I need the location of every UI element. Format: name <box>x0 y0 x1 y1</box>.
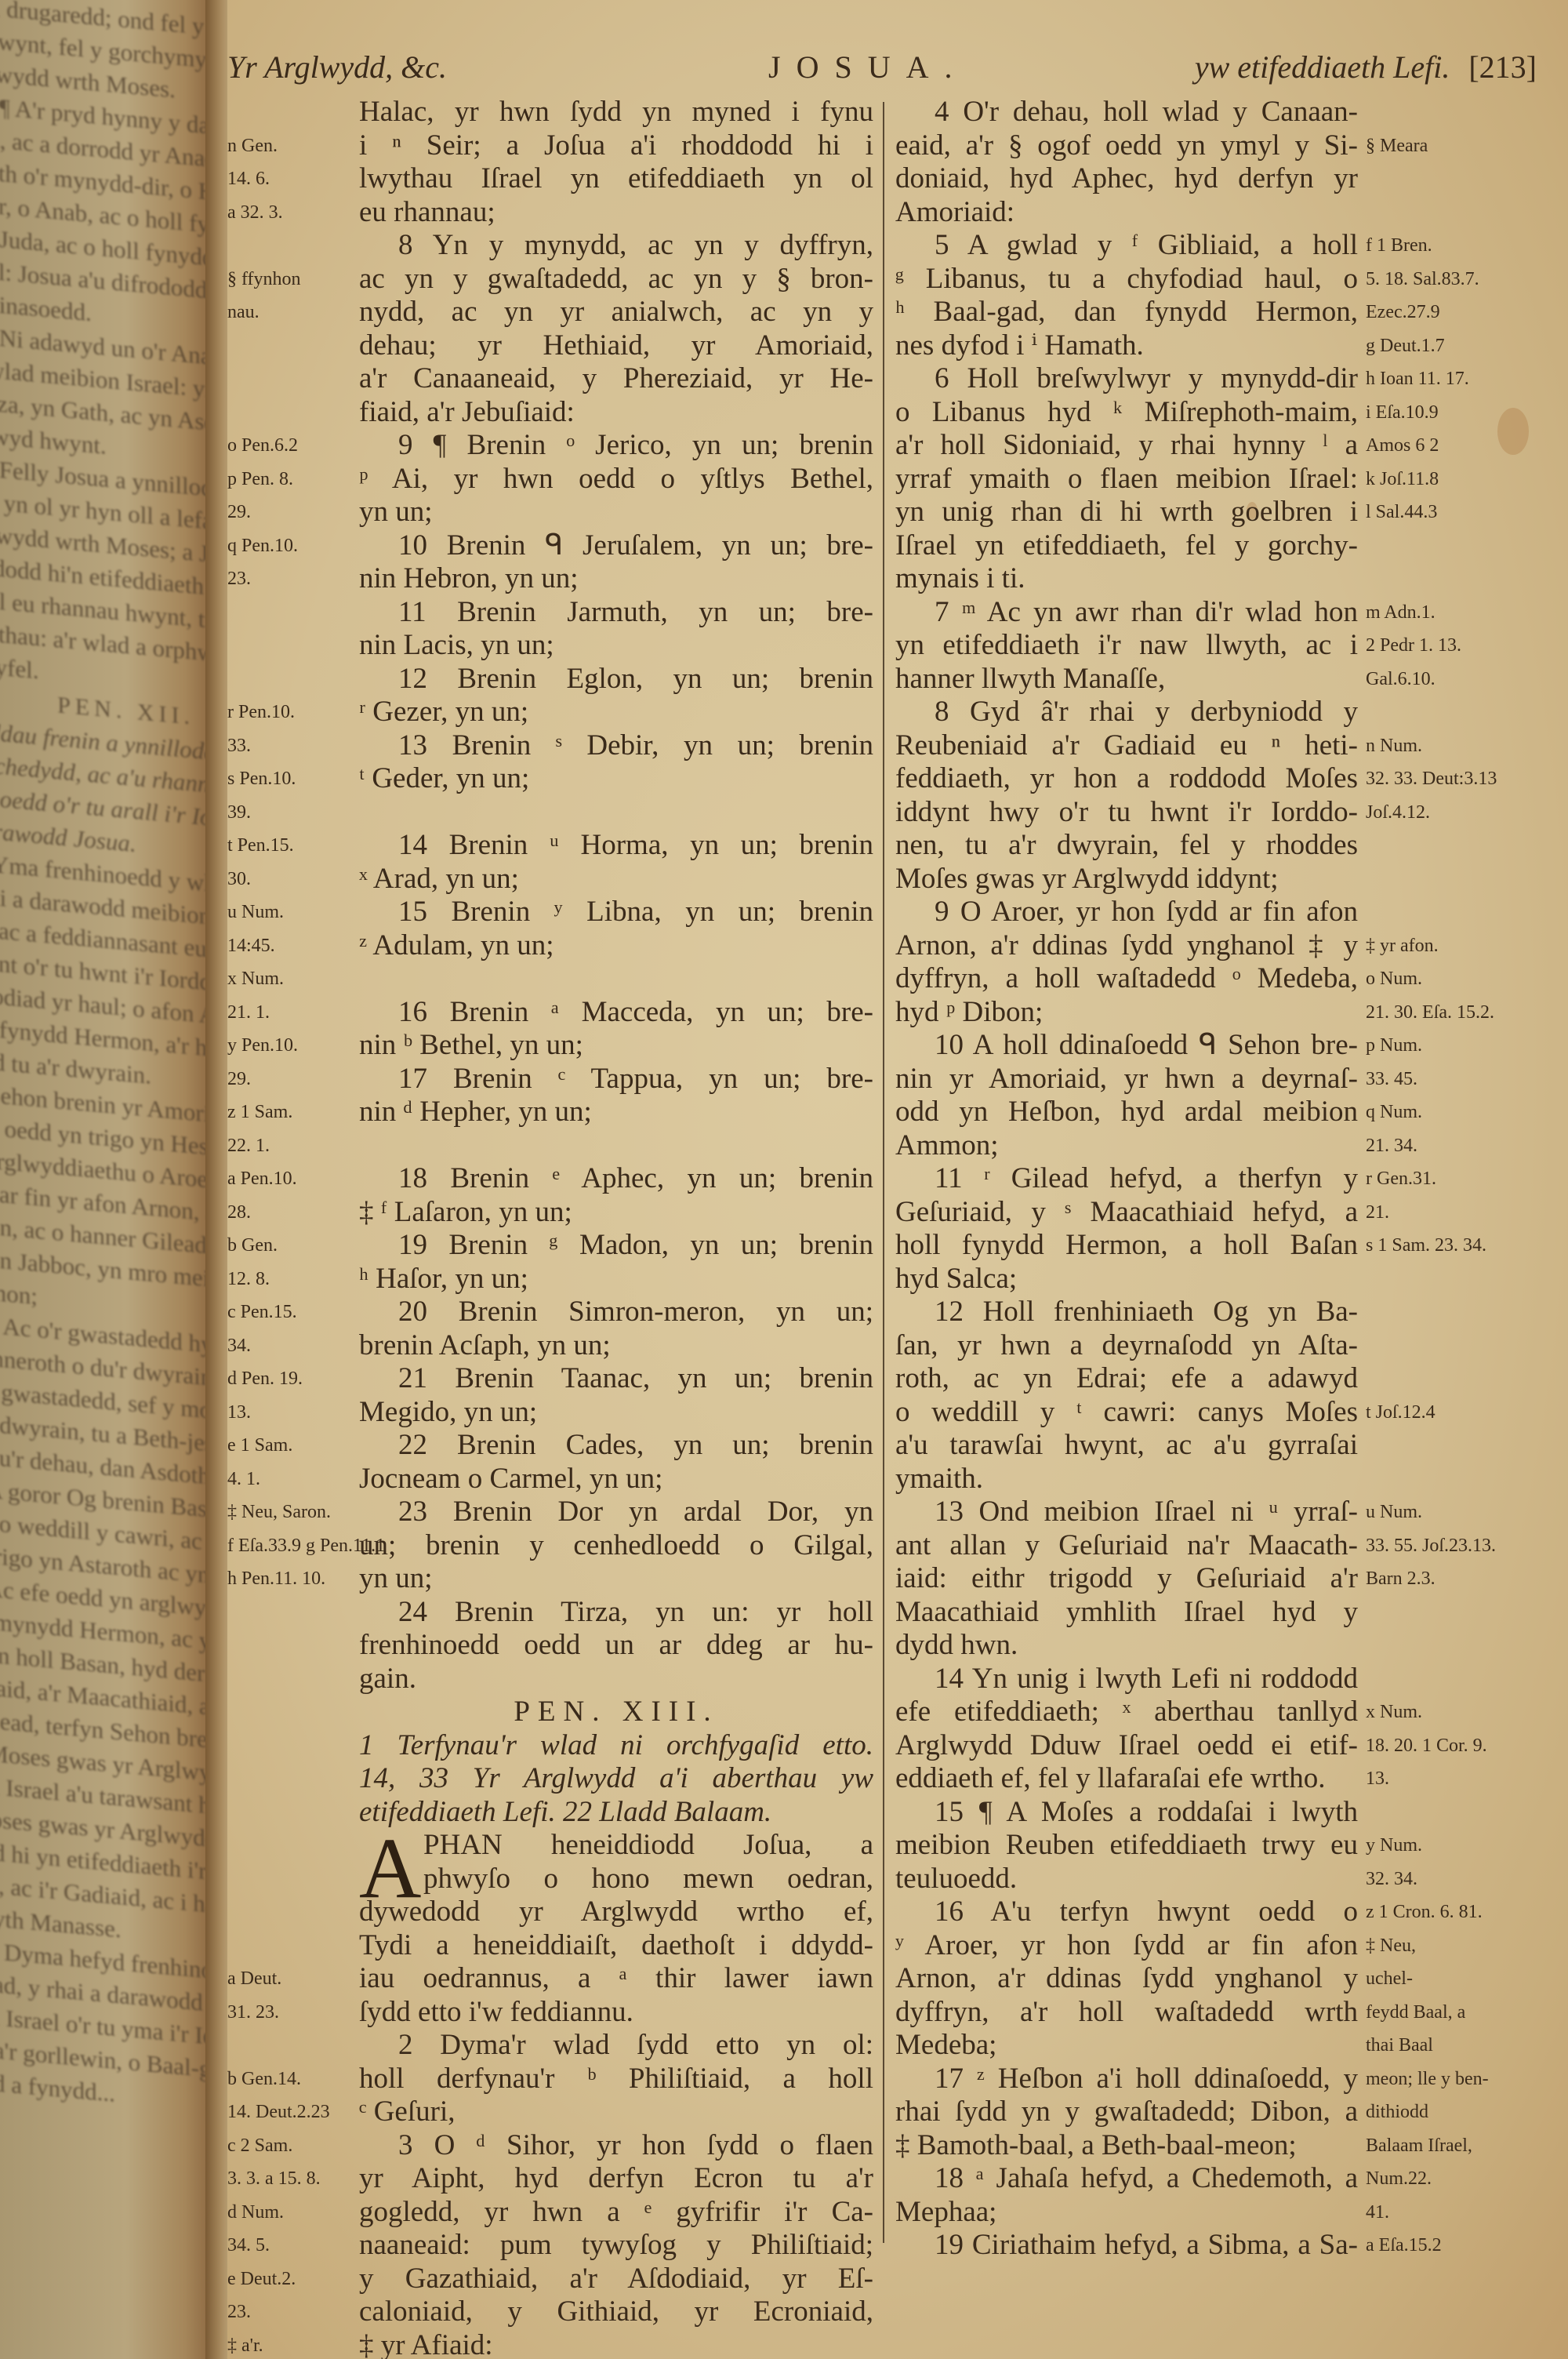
margin-reference: p Pen. 8. <box>227 463 353 496</box>
verse-text: 23 Brenin Dor yn ardal Dor, yn <box>359 1496 873 1529</box>
text-line: doniaid, hyd Aphec, hyd derfyn yr <box>895 162 1538 196</box>
margin-reference: Balaam Iſrael, <box>1366 2129 1523 2163</box>
verse-text: yr Aipht, hyd derfyn Ecron tu a'r <box>359 2162 873 2196</box>
margin-reference: d Num. <box>227 2196 353 2230</box>
text-line: t Joſ.12.4o weddill y ᵗ cawri: canys Moſ… <box>895 1396 1538 1430</box>
text-line: f 1 Bren.5 A gwlad y ᶠ Gibliaid, a holl <box>895 229 1538 263</box>
verse-text: eddiaeth ef, fel y llafaraſai efe wrtho. <box>895 1762 1358 1796</box>
verse-text: yn unig rhan di hi wrth goelbren i <box>895 496 1358 529</box>
margin-reference: q Num. <box>1366 1096 1523 1129</box>
margin-reference: 3. 3. a 15. 8. <box>227 2162 353 2196</box>
verse-text: hyd ᵖ Dibon; <box>895 996 1358 1030</box>
margin-reference: e 1 Sam. <box>227 1429 353 1463</box>
verse-text: yn un; <box>359 496 873 529</box>
text-line: 4. 1.Jocneam o Carmel, yn un; <box>227 1463 870 1496</box>
margin-reference: 14. Deut.2.23 <box>227 2095 353 2129</box>
left-column: Halac, yr hwn ſydd yn myned i fynun Gen.… <box>227 96 870 2359</box>
margin-reference: n Gen. <box>227 129 353 163</box>
verse-text: 16 A'u terfyn hwynt oedd o <box>895 1896 1358 1929</box>
text-line: e Deut.2.y Gazathiaid, a'r Aſdodiaid, yr… <box>227 2263 870 2296</box>
verse-text: Amoriaid: <box>895 196 1358 230</box>
verse-text: 18 ᵃ Jahaſa hefyd, a Chedemoth, a <box>895 2162 1358 2196</box>
verse-text: nin Hebron, yn un; <box>359 562 873 596</box>
text-line: m Adn.1.7 ᵐ Ac yn awr rhan di'r wlad hon <box>895 596 1538 630</box>
margin-reference: Num.22. <box>1366 2162 1523 2196</box>
verse-text: nydd, ac yn yr anialwch, ac yn y <box>359 296 873 329</box>
margin-reference: 33. 55. Joſ.23.13. <box>1366 1529 1523 1563</box>
verse-text: ᵗ Geder, yn un; <box>359 762 873 796</box>
text-line: ‡ Neu,ʸ Aroer, yr hon ſydd ar fin afon <box>895 1929 1538 1963</box>
text-line: dithioddrhai ſydd yn y gwaſtadedd; Dibon… <box>895 2095 1538 2129</box>
text-line: u Num.13 Ond meibion Iſrael ni ᵘ yrraſ- <box>895 1496 1538 1529</box>
column-divider <box>883 102 884 2243</box>
verse-text: 18 Brenin ᵉ Aphec, yn un; brenin <box>359 1162 873 1196</box>
margin-reference: ‡ Neu, <box>1366 1929 1523 1963</box>
text-line: 21. 30. Eſa. 15.2.hyd ᵖ Dibon; <box>895 996 1538 1030</box>
margin-reference: t Joſ.12.4 <box>1366 1396 1523 1430</box>
verse-text: 17 ᶻ Heſbon a'i holl ddinaſoedd, y <box>895 2063 1358 2096</box>
verse-1-block: APHAN heneiddiodd Joſua, aphwyſo o hono … <box>227 1829 870 2029</box>
text-line: ſan, yr hwn a deyrnaſodd yn Aſta- <box>895 1329 1538 1363</box>
margin-reference: nau. <box>227 296 353 329</box>
verse-text: y Gazathiaid, a'r Aſdodiaid, yr Eſ- <box>359 2263 873 2296</box>
margin-reference: l Sal.44.3 <box>1366 496 1523 529</box>
text-line: 14. 6.lwythau Iſrael yn etifeddiaeth yn … <box>227 162 870 196</box>
text-line: 12 Holl frenhiniaeth Og yn Ba- <box>895 1296 1538 1329</box>
margin-reference: r Pen.10. <box>227 696 353 729</box>
text-line: ymaith. <box>895 1463 1538 1496</box>
margin-reference: e Deut.2. <box>227 2263 353 2296</box>
verse-text: 3 O ᵈ Sihor, yr hon ſydd o flaen <box>359 2129 873 2163</box>
margin-reference: y Pen.10. <box>227 1029 353 1063</box>
verse-text: 13 Brenin ˢ Debir, yn un; brenin <box>359 729 873 763</box>
verse-text: PHAN heneiddiodd Joſua, a <box>423 1829 873 1863</box>
text-line: p Pen. 8.ᵖ Ai, yr hwn oedd o yſtlys Beth… <box>227 463 870 496</box>
text-line: x Num. <box>227 962 870 996</box>
margin-reference: a 32. 3. <box>227 196 353 230</box>
text-line: nen, tu a'r dwyrain, fel y rhoddes <box>895 829 1538 863</box>
verse-text: 24 Brenin Tirza, yn un: yr holl <box>359 1596 873 1630</box>
margin-reference: o Pen.6.2 <box>227 429 353 463</box>
text-line: 21. 34.Ammon; <box>895 1129 1538 1163</box>
verse-text: o weddill y ᵗ cawri: canys Moſes <box>895 1396 1358 1430</box>
verse-text: gain. <box>359 1663 873 1696</box>
margin-reference: thai Baal <box>1366 2029 1523 2063</box>
verse-text: rhai ſydd yn y gwaſtadedd; Dibon, a <box>895 2095 1358 2129</box>
text-line: 14. Deut.2.23ᶜ Geſuri, <box>227 2095 870 2129</box>
text-line: t Pen.15.14 Brenin ᵘ Horma, yn un; breni… <box>227 829 870 863</box>
margin-reference: Joſ.4.12. <box>1366 796 1523 830</box>
margin-reference: 23. <box>227 562 353 596</box>
margin-reference: b Gen.14. <box>227 2063 353 2096</box>
verse-text: meibion Reuben etifeddiaeth trwy eu <box>895 1829 1358 1863</box>
text-line: uchel-Arnon, a'r ddinas ſydd ynghanol y <box>895 1962 1538 1996</box>
margin-reference: h Ioan 11. 17. <box>1366 362 1523 396</box>
text-line: c Pen.15.20 Brenin Simron-meron, yn un; <box>227 1296 870 1329</box>
verse-text: ſydd etto i'w feddiannu. <box>359 1996 873 2030</box>
verse-text: ᵍ Libanus, tu a chyfodiad haul, o <box>895 263 1358 296</box>
text-line: 29.17 Brenin ᶜ Tappua, yn un; bre- <box>227 1063 870 1096</box>
margin-reference: i Eſa.10.9 <box>1366 396 1523 430</box>
margin-reference: a Pen.10. <box>227 1162 353 1196</box>
margin-reference: c Pen.15. <box>227 1296 353 1329</box>
text-line: Joſ.4.12.iddynt hwy o'r tu hwnt i'r Iord… <box>895 796 1538 830</box>
margin-reference: 22. 1. <box>227 1129 353 1163</box>
verse-text: gogledd, yr hwn a ᵉ gyfrifir i'r Ca- <box>359 2196 873 2230</box>
text-line: u Num.15 Brenin ʸ Libna, yn un; brenin <box>227 896 870 929</box>
margin-reference: 2 Pedr 1. 13. <box>1366 629 1523 663</box>
margin-reference: y Num. <box>1366 1829 1523 1863</box>
text-line: y Pen.10.nin ᵇ Bethel, yn un; <box>227 1029 870 1063</box>
text-line: 18. 20. 1 Cor. 9.Arglwydd Dduw Iſrael oe… <box>895 1729 1538 1763</box>
text-line: g Deut.1.7nes dyfod i ⁱ Hamath. <box>895 329 1538 363</box>
verse-text: 9 ¶ Brenin ᵒ Jerico, yn un; brenin <box>359 429 873 463</box>
verse-text: ˣ Arad, yn un; <box>359 863 873 896</box>
text-line: Gal.6.10.hanner llwyth Manaſſe, <box>895 663 1538 696</box>
margin-reference: Gal.6.10. <box>1366 663 1523 696</box>
verse-text: eaid, a'r § ogof oedd yn ymyl y Si- <box>895 129 1358 163</box>
verse-text: 19 Brenin ᵍ Madon, yn un; brenin <box>359 1229 873 1263</box>
verse-text: Arnon, a'r ddinas ſydd ynghanol y <box>895 1962 1358 1996</box>
verse-text: 2 Dyma'r wlad ſydd etto yn ol: <box>359 2029 873 2063</box>
verse-text: yn etifeddiaeth i'r naw llwyth, ac i <box>895 629 1358 663</box>
text-line: d Pen. 19.21 Brenin Taanac, yn un; breni… <box>227 1362 870 1396</box>
margin-reference: s Pen.10. <box>227 762 353 796</box>
text-line: f Eſa.33.9 g Pen.11.1un; brenin y cenhed… <box>227 1529 870 1563</box>
text-line: 13.eddiaeth ef, fel y llafaraſai efe wrt… <box>895 1762 1538 1796</box>
chapter-heading-line: PEN. XIII. <box>227 1696 870 1729</box>
text-line: meon; lle y ben-17 ᶻ Heſbon a'i holl ddi… <box>895 2063 1538 2096</box>
verse-text: 15 Brenin ʸ Libna, yn un; brenin <box>359 896 873 929</box>
verse-text: Geſuriaid, y ˢ Maacathiaid hefyd, a <box>895 1196 1358 1230</box>
margin-reference: 32. 34. <box>1366 1863 1523 1896</box>
text-line: k Joſ.11.8yrraf ymaith o flaen meibion I… <box>895 463 1538 496</box>
verse-text: un; brenin y cenhedloedd o Gilgal, <box>359 1529 873 1563</box>
verse-text: holl fynydd Hermon, a holl Baſan <box>895 1229 1358 1263</box>
text-line: 21.Geſuriaid, y ˢ Maacathiaid hefyd, a <box>895 1196 1538 1230</box>
text-line: s Pen.10.ᵗ Geder, yn un; <box>227 762 870 796</box>
margin-reference: 21. 30. Eſa. 15.2. <box>1366 996 1523 1030</box>
chapter-summary-line: 14, 33 Yr Arglwydd a'i aberthau yw <box>227 1762 870 1796</box>
verse-text: Arglwydd Dduw Iſrael oedd ei etif- <box>895 1729 1358 1763</box>
text-line: dydd hwn. <box>895 1629 1538 1663</box>
text-line: 34.brenin Acſaph, yn un; <box>227 1329 870 1363</box>
margin-reference: r Gen.31. <box>1366 1162 1523 1196</box>
text-line: 4 O'r dehau, holl wlad y Canaan- <box>895 96 1538 129</box>
margin-reference: Amos 6 2 <box>1366 429 1523 463</box>
text-line: Iſrael yn etifeddiaeth, fel y gorchy- <box>895 529 1538 563</box>
verse-text: iddynt hwy o'r tu hwnt i'r Iorddo- <box>895 796 1358 830</box>
text-line: dehau; yr Hethiaid, yr Amoriaid, <box>227 329 870 363</box>
margin-reference: 4. 1. <box>227 1463 353 1496</box>
margin-reference: t Pen.15. <box>227 829 353 863</box>
text-line: 2 Dyma'r wlad ſydd etto yn ol: <box>227 2029 870 2063</box>
verse-text: phwyſo o hono mewn oedran, <box>423 1863 873 1896</box>
text-line: roth, ac yn Edrai; efe a adawyd <box>895 1362 1538 1396</box>
verse-text: dywedodd yr Arglwydd wrtho ef, <box>359 1896 873 1929</box>
text-line: i Eſa.10.9o Libanus hyd ᵏ Miſrephoth-mai… <box>895 396 1538 430</box>
verse-text: lwythau Iſrael yn etifeddiaeth yn ol <box>359 162 873 196</box>
verse-text: frenhinoedd oedd un ar ddeg ar hu- <box>359 1629 873 1663</box>
margin-reference: 34. <box>227 1329 353 1363</box>
verse-text: 11 Brenin Jarmuth, yn un; bre- <box>359 596 873 630</box>
margin-reference: 13. <box>227 1396 353 1430</box>
text-line: 23.caloniaid, y Githiaid, yr Ecroniaid, <box>227 2295 870 2329</box>
verse-text: o Libanus hyd ᵏ Miſrephoth-maim, <box>895 396 1358 430</box>
running-header: Yr Arglwydd, &c. JOSUA. yw etifeddiaeth … <box>227 49 1521 96</box>
text-line: h Ioan 11. 17.6 Holl breſwylwyr y mynydd… <box>895 362 1538 396</box>
chapter-summary: 1 Terfynau'r wlad ni orchfygaſid etto. <box>359 1729 873 1763</box>
text-line: Ezec.27.9ʰ Baal-gad, dan fynydd Hermon, <box>895 296 1538 329</box>
text-line: 41.Mephaa; <box>895 2196 1538 2230</box>
margin-reference: 31. 23. <box>227 1996 353 2030</box>
text-line: y Num.meibion Reuben etifeddiaeth trwy e… <box>895 1829 1538 1863</box>
text-line: n Gen.i ⁿ Seir; a Joſua a'i rhoddodd hi … <box>227 129 870 163</box>
margin-reference: g Deut.1.7 <box>1366 329 1523 363</box>
margin-reference: n Num. <box>1366 729 1523 763</box>
verse-text: 11 ʳ Gilead hefyd, a therfyn y <box>895 1162 1358 1196</box>
text-line: 39. <box>227 796 870 830</box>
margin-reference: x Num. <box>227 962 353 996</box>
margin-reference: feydd Baal, a <box>1366 1996 1523 2030</box>
margin-reference: § ffynhon <box>227 263 353 296</box>
text-line: hyd Salca; <box>895 1263 1538 1296</box>
margin-reference: q Pen.10. <box>227 529 353 563</box>
text-line: 33.13 Brenin ˢ Debir, yn un; brenin <box>227 729 870 763</box>
verse-text: 8 Gyd â'r rhai y derbyniodd y <box>895 696 1358 729</box>
text-line: thai BaalMedeba; <box>895 2029 1538 2063</box>
text-line: c 2 Sam.3 O ᵈ Sihor, yr hon ſydd o flaen <box>227 2129 870 2163</box>
verse-text: Medeba; <box>895 2029 1358 2063</box>
verse-text: Ammon; <box>895 1129 1358 1163</box>
text-line: Amos 6 2a'r holl Sidoniaid, y rhai hynny… <box>895 429 1538 463</box>
text-line: o Pen.6.29 ¶ Brenin ᵒ Jerico, yn un; bre… <box>227 429 870 463</box>
text-line: 13.Megido, yn un; <box>227 1396 870 1430</box>
verse-text: teuluoedd. <box>895 1863 1358 1896</box>
verse-text: 4 O'r dehau, holl wlad y Canaan- <box>895 96 1358 129</box>
verse-text: yn un; <box>359 1562 873 1596</box>
text-line: s 1 Sam. 23. 34.holl fynydd Hermon, a ho… <box>895 1229 1538 1263</box>
verse-text: ᶻ Adulam, yn un; <box>359 929 873 963</box>
text-line: a Eſa.15.219 Ciriathaim hefyd, a Sibma, … <box>895 2229 1538 2263</box>
margin-reference: z 1 Cron. 6. 81. <box>1366 1896 1523 1929</box>
verse-text: Megido, yn un; <box>359 1396 873 1430</box>
verse-text: 10 Brenin ᑫ Jeruſalem, yn un; bre- <box>359 529 873 563</box>
text-line: 15 ¶ A Moſes a roddaſai i lwyth <box>895 1796 1538 1830</box>
verse-text: ʰ Haſor, yn un; <box>359 1263 873 1296</box>
margin-reference: p Num. <box>1366 1029 1523 1063</box>
verse-text: ʰ Baal-gad, dan fynydd Hermon, <box>895 296 1358 329</box>
verse-text: ᵖ Ai, yr hwn oedd o yſtlys Bethel, <box>359 463 873 496</box>
verse-text: dyffryn, a holl waſtadedd ᵒ Medeba, <box>895 962 1358 996</box>
margin-reference: u Num. <box>1366 1496 1523 1529</box>
verse-text: fiaid, a'r Jebuſiaid: <box>359 396 873 430</box>
margin-reference: ‡ Neu, Saron. <box>227 1496 353 1529</box>
text-line: Moſes gwas yr Arglwydd iddynt; <box>895 863 1538 896</box>
margin-reference: 21. 1. <box>227 996 353 1030</box>
text-line: 12. 8.ʰ Haſor, yn un; <box>227 1263 870 1296</box>
text-line: r Gen.31.11 ʳ Gilead hefyd, a therfyn y <box>895 1162 1538 1196</box>
text-line: b Gen.14.holl derfynau'r ᵇ Philiſtiaid, … <box>227 2063 870 2096</box>
text-line: 2 Pedr 1. 13.yn etifeddiaeth i'r naw llw… <box>895 629 1538 663</box>
margin-reference: § Meara <box>1366 129 1523 163</box>
verse-text: 9 O Aroer, yr hon ſydd ar fin afon <box>895 896 1358 929</box>
verse-text: dyffryn, a'r holl waſtadedd wrth <box>895 1996 1358 2030</box>
verse-text: ᶜ Geſuri, <box>359 2095 873 2129</box>
chapter-heading: PEN. XIII. <box>359 1696 873 1729</box>
verse-text: ʸ Aroer, yr hon ſydd ar fin afon <box>895 1929 1358 1963</box>
text-line: mynais i ti. <box>895 562 1538 596</box>
verse-text: ymaith. <box>895 1463 1358 1496</box>
margin-reference: 14:45. <box>227 929 353 963</box>
text-line: q Num.odd yn Heſbon, hyd ardal meibion <box>895 1096 1538 1129</box>
verse-text: ac yn y gwaſtadedd, ac yn y § bron- <box>359 263 873 296</box>
verse-text: holl derfynau'r ᵇ Philiſtiaid, a holl <box>359 2063 873 2096</box>
text-line: § ffynhonac yn y gwaſtadedd, ac yn y § b… <box>227 263 870 296</box>
verse-text: Halac, yr hwn ſydd yn myned i fynu <box>359 96 873 129</box>
margin-reference: 33. <box>227 729 353 763</box>
text-line: a 32. 3.eu rhannau; <box>227 196 870 230</box>
text-line: o Num.dyffryn, a holl waſtadedd ᵒ Medeba… <box>895 962 1538 996</box>
header-right: yw etifeddiaeth Lefi. [213] <box>1195 49 1537 85</box>
verse-text: nin yr Amoriaid, yr hwn a deyrnaſ- <box>895 1063 1358 1096</box>
margin-reference: h Pen.11. 10. <box>227 1562 353 1596</box>
verse-text: Jocneam o Carmel, yn un; <box>359 1463 873 1496</box>
text-line: Barn 2.3.iaid: eithr trigodd y Geſuriaid… <box>895 1562 1538 1596</box>
text-line: 22. 1. <box>227 1129 870 1163</box>
verse-text: 7 ᵐ Ac yn awr rhan di'r wlad hon <box>895 596 1358 630</box>
margin-reference: 30. <box>227 863 353 896</box>
margin-reference: uchel- <box>1366 1962 1523 1996</box>
text-line: 34. 5.naaneaid: pum tywyſog y Philiſtiai… <box>227 2229 870 2263</box>
text-line: Num.22.18 ᵃ Jahaſa hefyd, a Chedemoth, a <box>895 2162 1538 2196</box>
verse-text: Arnon, a'r ddinas ſydd ynghanol ‡ y <box>895 929 1358 963</box>
margin-reference: f Eſa.33.9 g Pen.11.1 <box>227 1529 353 1563</box>
verse-text: hyd Salca; <box>895 1263 1358 1296</box>
margin-reference: 39. <box>227 796 353 830</box>
margin-reference: Ezec.27.9 <box>1366 296 1523 329</box>
margin-reference: a Deut. <box>227 1962 353 1996</box>
margin-reference: 21. 34. <box>1366 1129 1523 1163</box>
margin-reference: 5. 18. Sal.83.7. <box>1366 263 1523 296</box>
header-right-catchword: yw etifeddiaeth Lefi. <box>1195 49 1450 85</box>
margin-reference: s 1 Sam. 23. 34. <box>1366 1229 1523 1263</box>
verse-text: eu rhannau; <box>359 196 873 230</box>
text-line: 3. 3. a 15. 8.yr Aipht, hyd derfyn Ecron… <box>227 2162 870 2196</box>
text-line: Maacathiaid ymhlith Iſrael hyd y <box>895 1596 1538 1630</box>
text-line: l Sal.44.3yn unig rhan di hi wrth goelbr… <box>895 496 1538 529</box>
verse-text: ‡ Bamoth-baal, a Beth-baal-meon; <box>895 2129 1358 2163</box>
text-line: 8 Yn y mynydd, ac yn y dyffryn, <box>227 229 870 263</box>
verse-text: 20 Brenin Simron-meron, yn un; <box>359 1296 873 1329</box>
right-column: 4 O'r dehau, holl wlad y Canaan-§ Mearae… <box>895 96 1538 2263</box>
verse-text: 19 Ciriathaim hefyd, a Sibma, a Sa- <box>895 2229 1358 2263</box>
margin-reference: 41. <box>1366 2196 1523 2230</box>
verse-text: Reubeniaid a'r Gadiaid eu ⁿ heti- <box>895 729 1358 763</box>
verse-text: 6 Holl breſwylwyr y mynydd-dir <box>895 362 1358 396</box>
text-line: d Num.gogledd, yr hwn a ᵉ gyfrifir i'r C… <box>227 2196 870 2230</box>
verse-text: nin ᵈ Hepher, yn un; <box>359 1096 873 1129</box>
verse-text: feddiaeth, yr hon a roddodd Moſes <box>895 762 1358 796</box>
verse-text: 17 Brenin ᶜ Tappua, yn un; bre- <box>359 1063 873 1096</box>
verse-text: 8 Yn y mynydd, ac yn y dyffryn, <box>359 229 873 263</box>
verse-text: 16 Brenin ᵃ Macceda, yn un; bre- <box>359 996 873 1030</box>
text-line: 31. 23.ſydd etto i'w feddiannu. <box>227 1996 870 2030</box>
verse-text: ʳ Gezer, yn un; <box>359 696 873 729</box>
text-line: b Gen.19 Brenin ᵍ Madon, yn un; brenin <box>227 1229 870 1263</box>
chapter-summary: 14, 33 Yr Arglwydd a'i aberthau yw <box>359 1762 873 1796</box>
book-page: Yr Arglwydd, &c. JOSUA. yw etifeddiaeth … <box>227 0 1568 2359</box>
header-left-catchword: Yr Arglwydd, &c. <box>227 49 447 85</box>
verse-text: Tydi a heneiddiaiſt, daethoſt i ddydd- <box>359 1929 873 1963</box>
text-line: a'u tarawſai hwynt, ac a'u gyrraſai <box>895 1429 1538 1463</box>
text-line: Halac, yr hwn ſydd yn myned i fynu <box>227 96 870 129</box>
margin-reference: Barn 2.3. <box>1366 1562 1523 1596</box>
text-line: feydd Baal, adyffryn, a'r holl waſtadedd… <box>895 1996 1538 2030</box>
verse-text: efe etifeddiaeth; ˣ aberthau tanllyd <box>895 1696 1358 1729</box>
verse-text: 14 Yn unig i lwyth Lefi ni roddodd <box>895 1663 1358 1696</box>
verse-text: 10 A holl ddinaſoedd ᑫ Sehon bre- <box>895 1029 1358 1063</box>
text-line: a Deut.iau oedrannus, a ᵃ thir lawer iaw… <box>227 1962 870 1996</box>
text-line: ‡ yr afon.Arnon, a'r ddinas ſydd ynghano… <box>895 929 1538 963</box>
margin-reference: f 1 Bren. <box>1366 229 1523 263</box>
chapter-summary: etifeddiaeth Lefi. 22 Lladd Balaam. <box>359 1796 873 1830</box>
margin-reference: 28. <box>227 1196 353 1230</box>
verse-text: iaid: eithr trigodd y Geſuriaid a'r <box>895 1562 1358 1596</box>
text-line: nin Lacis, yn un; <box>227 629 870 663</box>
verse-text: 12 Holl frenhiniaeth Og yn Ba- <box>895 1296 1358 1329</box>
margin-reference: 13. <box>1366 1762 1523 1796</box>
margin-reference: ‡ yr afon. <box>1366 929 1523 963</box>
text-line: a Pen.10.18 Brenin ᵉ Aphec, yn un; breni… <box>227 1162 870 1196</box>
text-line: r Pen.10.ʳ Gezer, yn un; <box>227 696 870 729</box>
text-line: e 1 Sam.22 Brenin Cades, yn un; brenin <box>227 1429 870 1463</box>
text-line: 29.yn un; <box>227 496 870 529</box>
verse-text: roth, ac yn Edrai; efe a adawyd <box>895 1362 1358 1396</box>
verse-text: nen, tu a'r dwyrain, fel y rhoddes <box>895 829 1358 863</box>
text-line: 14 Yn unig i lwyth Lefi ni roddodd <box>895 1663 1538 1696</box>
text-line: h Pen.11. 10.yn un; <box>227 1562 870 1596</box>
text-line: 8 Gyd â'r rhai y derbyniodd y <box>895 696 1538 729</box>
margin-reference: a Eſa.15.2 <box>1366 2229 1523 2263</box>
text-line: 32. 34.teuluoedd. <box>895 1863 1538 1896</box>
verse-text: ‡ yr Afiaid: <box>359 2329 873 2359</box>
verse-text: hanner llwyth Manaſſe, <box>895 663 1358 696</box>
text-line: 12 Brenin Eglon, yn un; brenin <box>227 663 870 696</box>
margin-reference: 29. <box>227 1063 353 1096</box>
text-line: x Num.efe etifeddiaeth; ˣ aberthau tanll… <box>895 1696 1538 1729</box>
text-line: nau.nydd, ac yn yr anialwch, ac yn y <box>227 296 870 329</box>
text-line: § Mearaeaid, a'r § ogof oedd yn ymyl y S… <box>895 129 1538 163</box>
verse-text: iau oedrannus, a ᵃ thir lawer iawn <box>359 1962 873 1996</box>
verse-text: nin ᵇ Bethel, yn un; <box>359 1029 873 1063</box>
margin-reference: b Gen. <box>227 1229 353 1263</box>
verse-text: 15 ¶ A Moſes a roddaſai i lwyth <box>895 1796 1358 1830</box>
text-line: p Num.10 A holl ddinaſoedd ᑫ Sehon bre- <box>895 1029 1538 1063</box>
verse-text: brenin Acſaph, yn un; <box>359 1329 873 1363</box>
verse-text: a'r holl Sidoniaid, y rhai hynny ˡ a <box>895 429 1358 463</box>
facing-page: ...il drugaredd; ond fel y difethide hwy… <box>0 0 210 2359</box>
verse-text: naaneaid: pum tywyſog y Philiſtiaid; <box>359 2229 873 2263</box>
text-line: 11 Brenin Jarmuth, yn un; bre- <box>227 596 870 630</box>
margin-reference: 32. 33. Deut:3.13 <box>1366 762 1523 796</box>
text-line: fiaid, a'r Jebuſiaid: <box>227 396 870 430</box>
text-line: ‡ a'r.‡ yr Afiaid: <box>227 2329 870 2359</box>
text-line: Amoriaid: <box>895 196 1538 230</box>
chapter-summary-line: etifeddiaeth Lefi. 22 Lladd Balaam. <box>227 1796 870 1830</box>
text-line: 24 Brenin Tirza, yn un: yr holl <box>227 1596 870 1630</box>
margin-reference: c 2 Sam. <box>227 2129 353 2163</box>
